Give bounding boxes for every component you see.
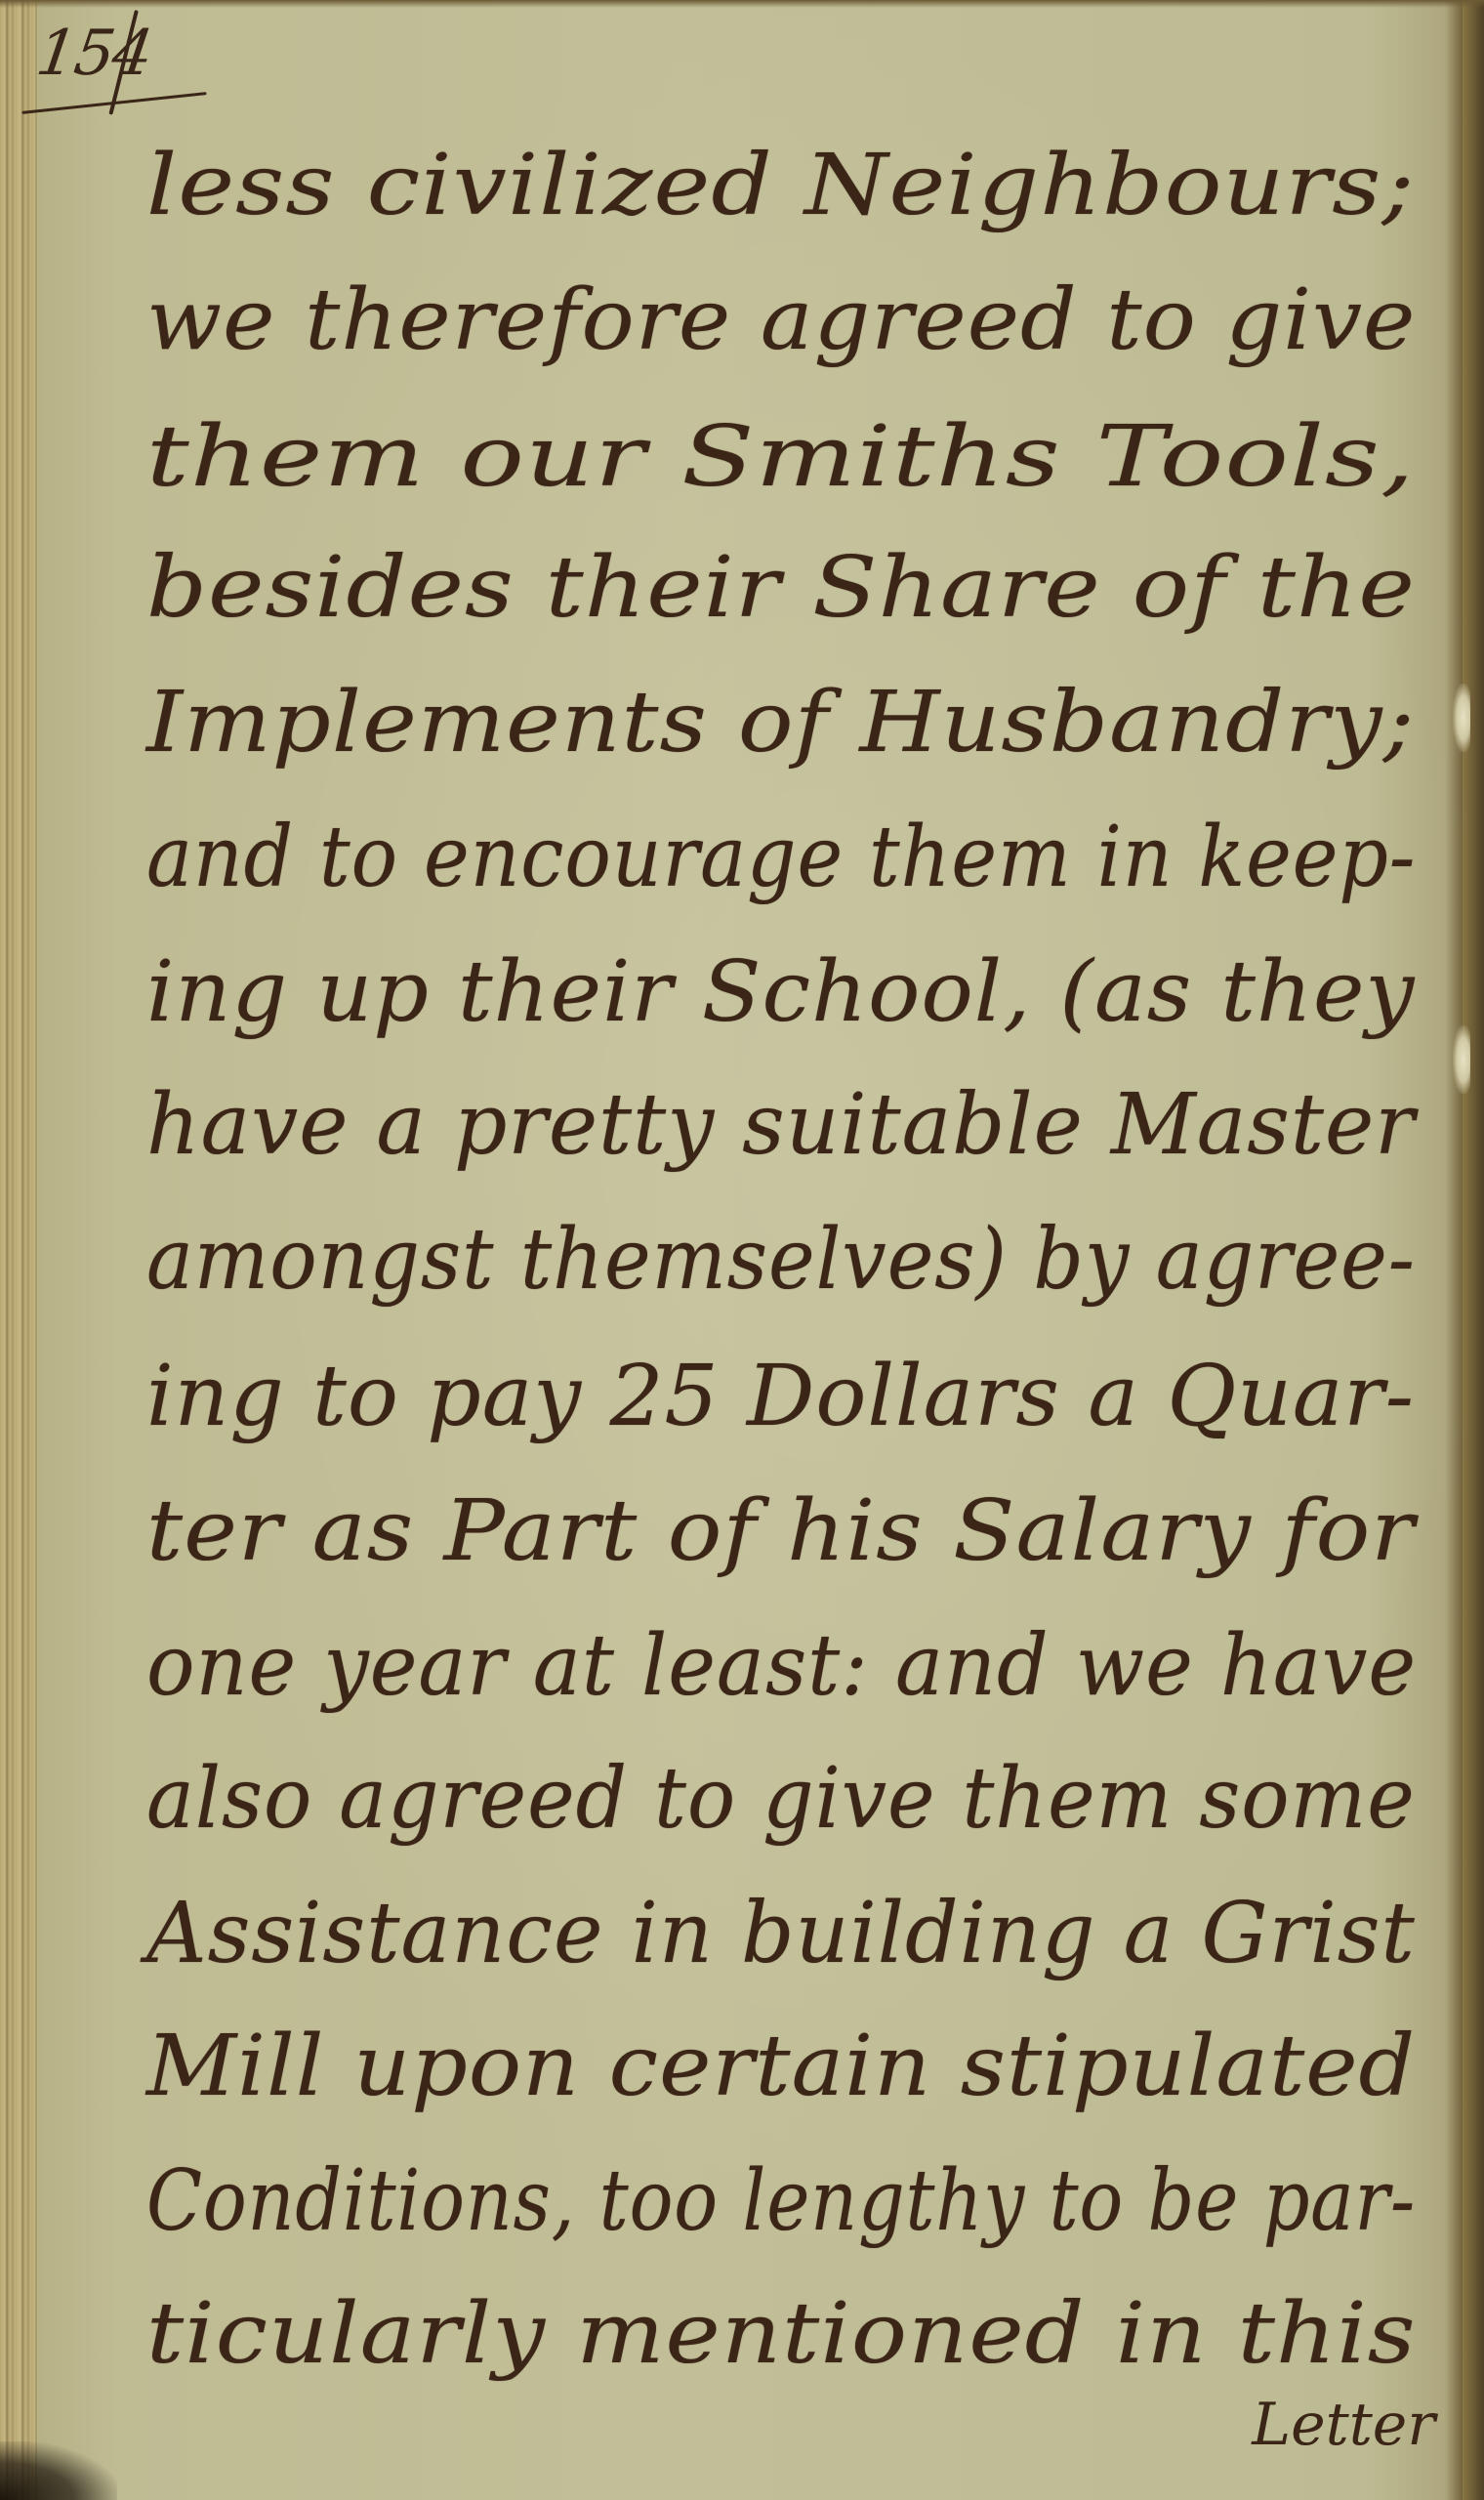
catchword: Letter — [1252, 2391, 1435, 2459]
text-line: also agreed to give them some — [146, 1750, 1416, 1848]
page-number: 154 — [32, 18, 156, 90]
paper-tear — [1453, 1025, 1470, 1094]
text-line: we therefore agreed to give — [146, 271, 1416, 369]
page-edge-top — [0, 0, 1484, 8]
page-edges-left — [0, 0, 35, 2500]
text-line: them our Smiths Tools, — [146, 408, 1416, 506]
paper-tear — [1453, 684, 1470, 752]
text-line: ter as Part of his Salary for — [146, 1482, 1415, 1580]
text-line: and to encourage them in keep- — [146, 809, 1416, 906]
text-line: one year at least: and we have — [146, 1617, 1417, 1715]
text-line: Conditions, too lengthy to be par- — [146, 2152, 1416, 2250]
text-line: ing up their School, (as they — [146, 943, 1415, 1041]
text-line: Assistance in building a Grist — [146, 1885, 1416, 1982]
corner-shadow — [0, 2441, 117, 2500]
text-line: Mill upon certain stipulated — [146, 2018, 1416, 2115]
text-line: Implements of Husbandry; — [146, 674, 1415, 771]
text-line: have a pretty suitable Master — [146, 1076, 1416, 1174]
text-line: ticularly mentioned in this — [146, 2285, 1417, 2383]
text-line: ing to pay 25 Dollars a Quar- — [146, 1348, 1415, 1445]
gutter-line — [35, 0, 37, 2500]
manuscript-page: 154 less civilized Neighbours; we theref… — [0, 0, 1484, 2500]
text-line: less civilized Neighbours; — [146, 137, 1415, 234]
text-line: amongst themselves) by agree- — [146, 1211, 1416, 1309]
text-line: besides their Share of the — [146, 539, 1416, 637]
page-edge-right — [1463, 0, 1484, 2500]
